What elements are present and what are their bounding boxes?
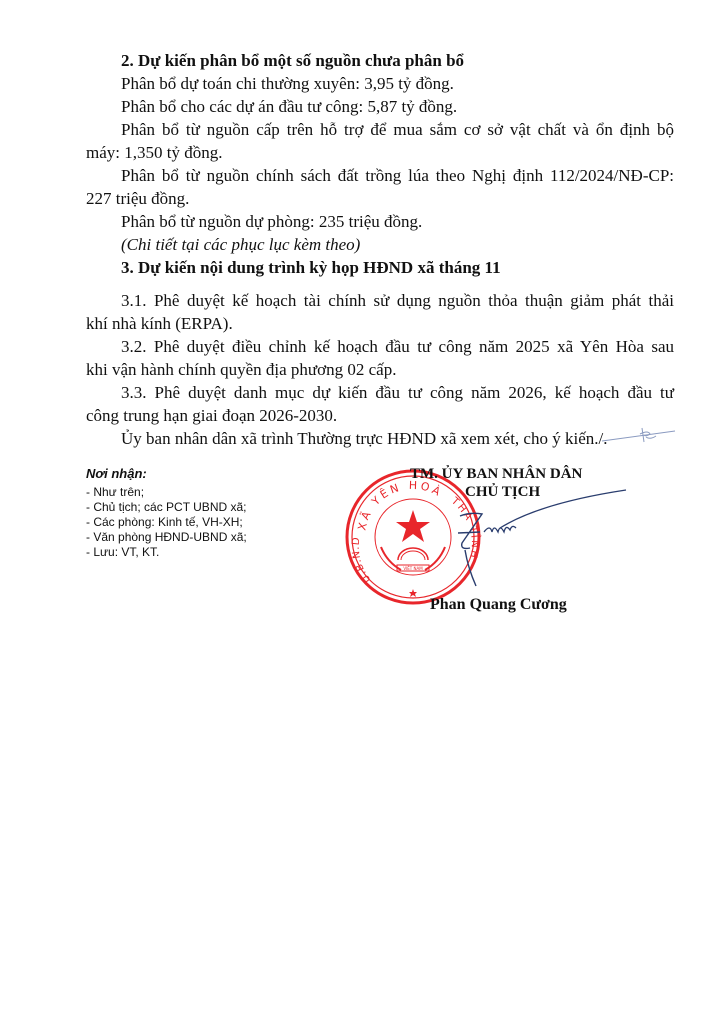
signer-name: Phan Quang Cương — [430, 596, 567, 614]
paragraph: Phân bổ cho các dự án đầu tư công: 5,87 … — [121, 96, 457, 118]
paragraph: công trung hạn giai đoạn 2026-2030. — [86, 405, 337, 427]
signature-org: TM. ỦY BAN NHÂN DÂN — [410, 466, 582, 483]
svg-text:VIỆT NAM: VIỆT NAM — [403, 566, 423, 571]
closing-sentence: Ủy ban nhân dân xã trình Thường trực HĐN… — [121, 428, 607, 450]
paragraph: 3.2. Phê duyệt điều chỉnh kế hoạch đầu t… — [121, 336, 674, 358]
recipient-item: - Lưu: VT, KT. — [86, 545, 159, 560]
paragraph: khí nhà kính (ERPA). — [86, 313, 233, 335]
section-3-heading: 3. Dự kiến nội dung trình kỳ họp HĐND xã… — [121, 257, 501, 279]
recipients-title: Nơi nhận: — [86, 466, 147, 481]
document-page: 2. Dự kiến phân bổ một số nguồn chưa phâ… — [0, 0, 711, 1018]
paragraph: Phân bổ từ nguồn dự phòng: 235 triệu đồn… — [121, 211, 422, 233]
paragraph: khi vận hành chính quyền địa phương 02 c… — [86, 359, 396, 381]
note: (Chi tiết tại các phục lục kèm theo) — [121, 234, 360, 256]
recipient-item: - Văn phòng HĐND-UBND xã; — [86, 530, 247, 545]
paragraph: 3.3. Phê duyệt danh mục dự kiến đầu tư c… — [121, 382, 674, 404]
paragraph: Phân bổ từ nguồn cấp trên hỗ trợ để mua … — [121, 119, 674, 141]
section-2-heading: 2. Dự kiến phân bổ một số nguồn chưa phâ… — [121, 50, 464, 72]
paragraph: máy: 1,350 tỷ đồng. — [86, 142, 222, 164]
initial-mark-icon — [600, 426, 680, 446]
paragraph: Phân bổ từ nguồn chính sách đất trồng lú… — [121, 165, 674, 187]
recipient-item: - Chủ tịch; các PCT UBND xã; — [86, 500, 247, 515]
paragraph: 227 triệu đồng. — [86, 188, 189, 210]
paragraph: Phân bổ dự toán chi thường xuyên: 3,95 t… — [121, 73, 454, 95]
svg-text:U.B.N.D: U.B.N.D — [351, 536, 374, 585]
recipient-item: - Như trên; — [86, 485, 144, 500]
handwritten-signature-icon — [440, 488, 630, 588]
recipient-item: - Các phòng: Kinh tế, VH-XH; — [86, 515, 243, 530]
paragraph: 3.1. Phê duyệt kế hoạch tài chính sử dụn… — [121, 290, 674, 312]
